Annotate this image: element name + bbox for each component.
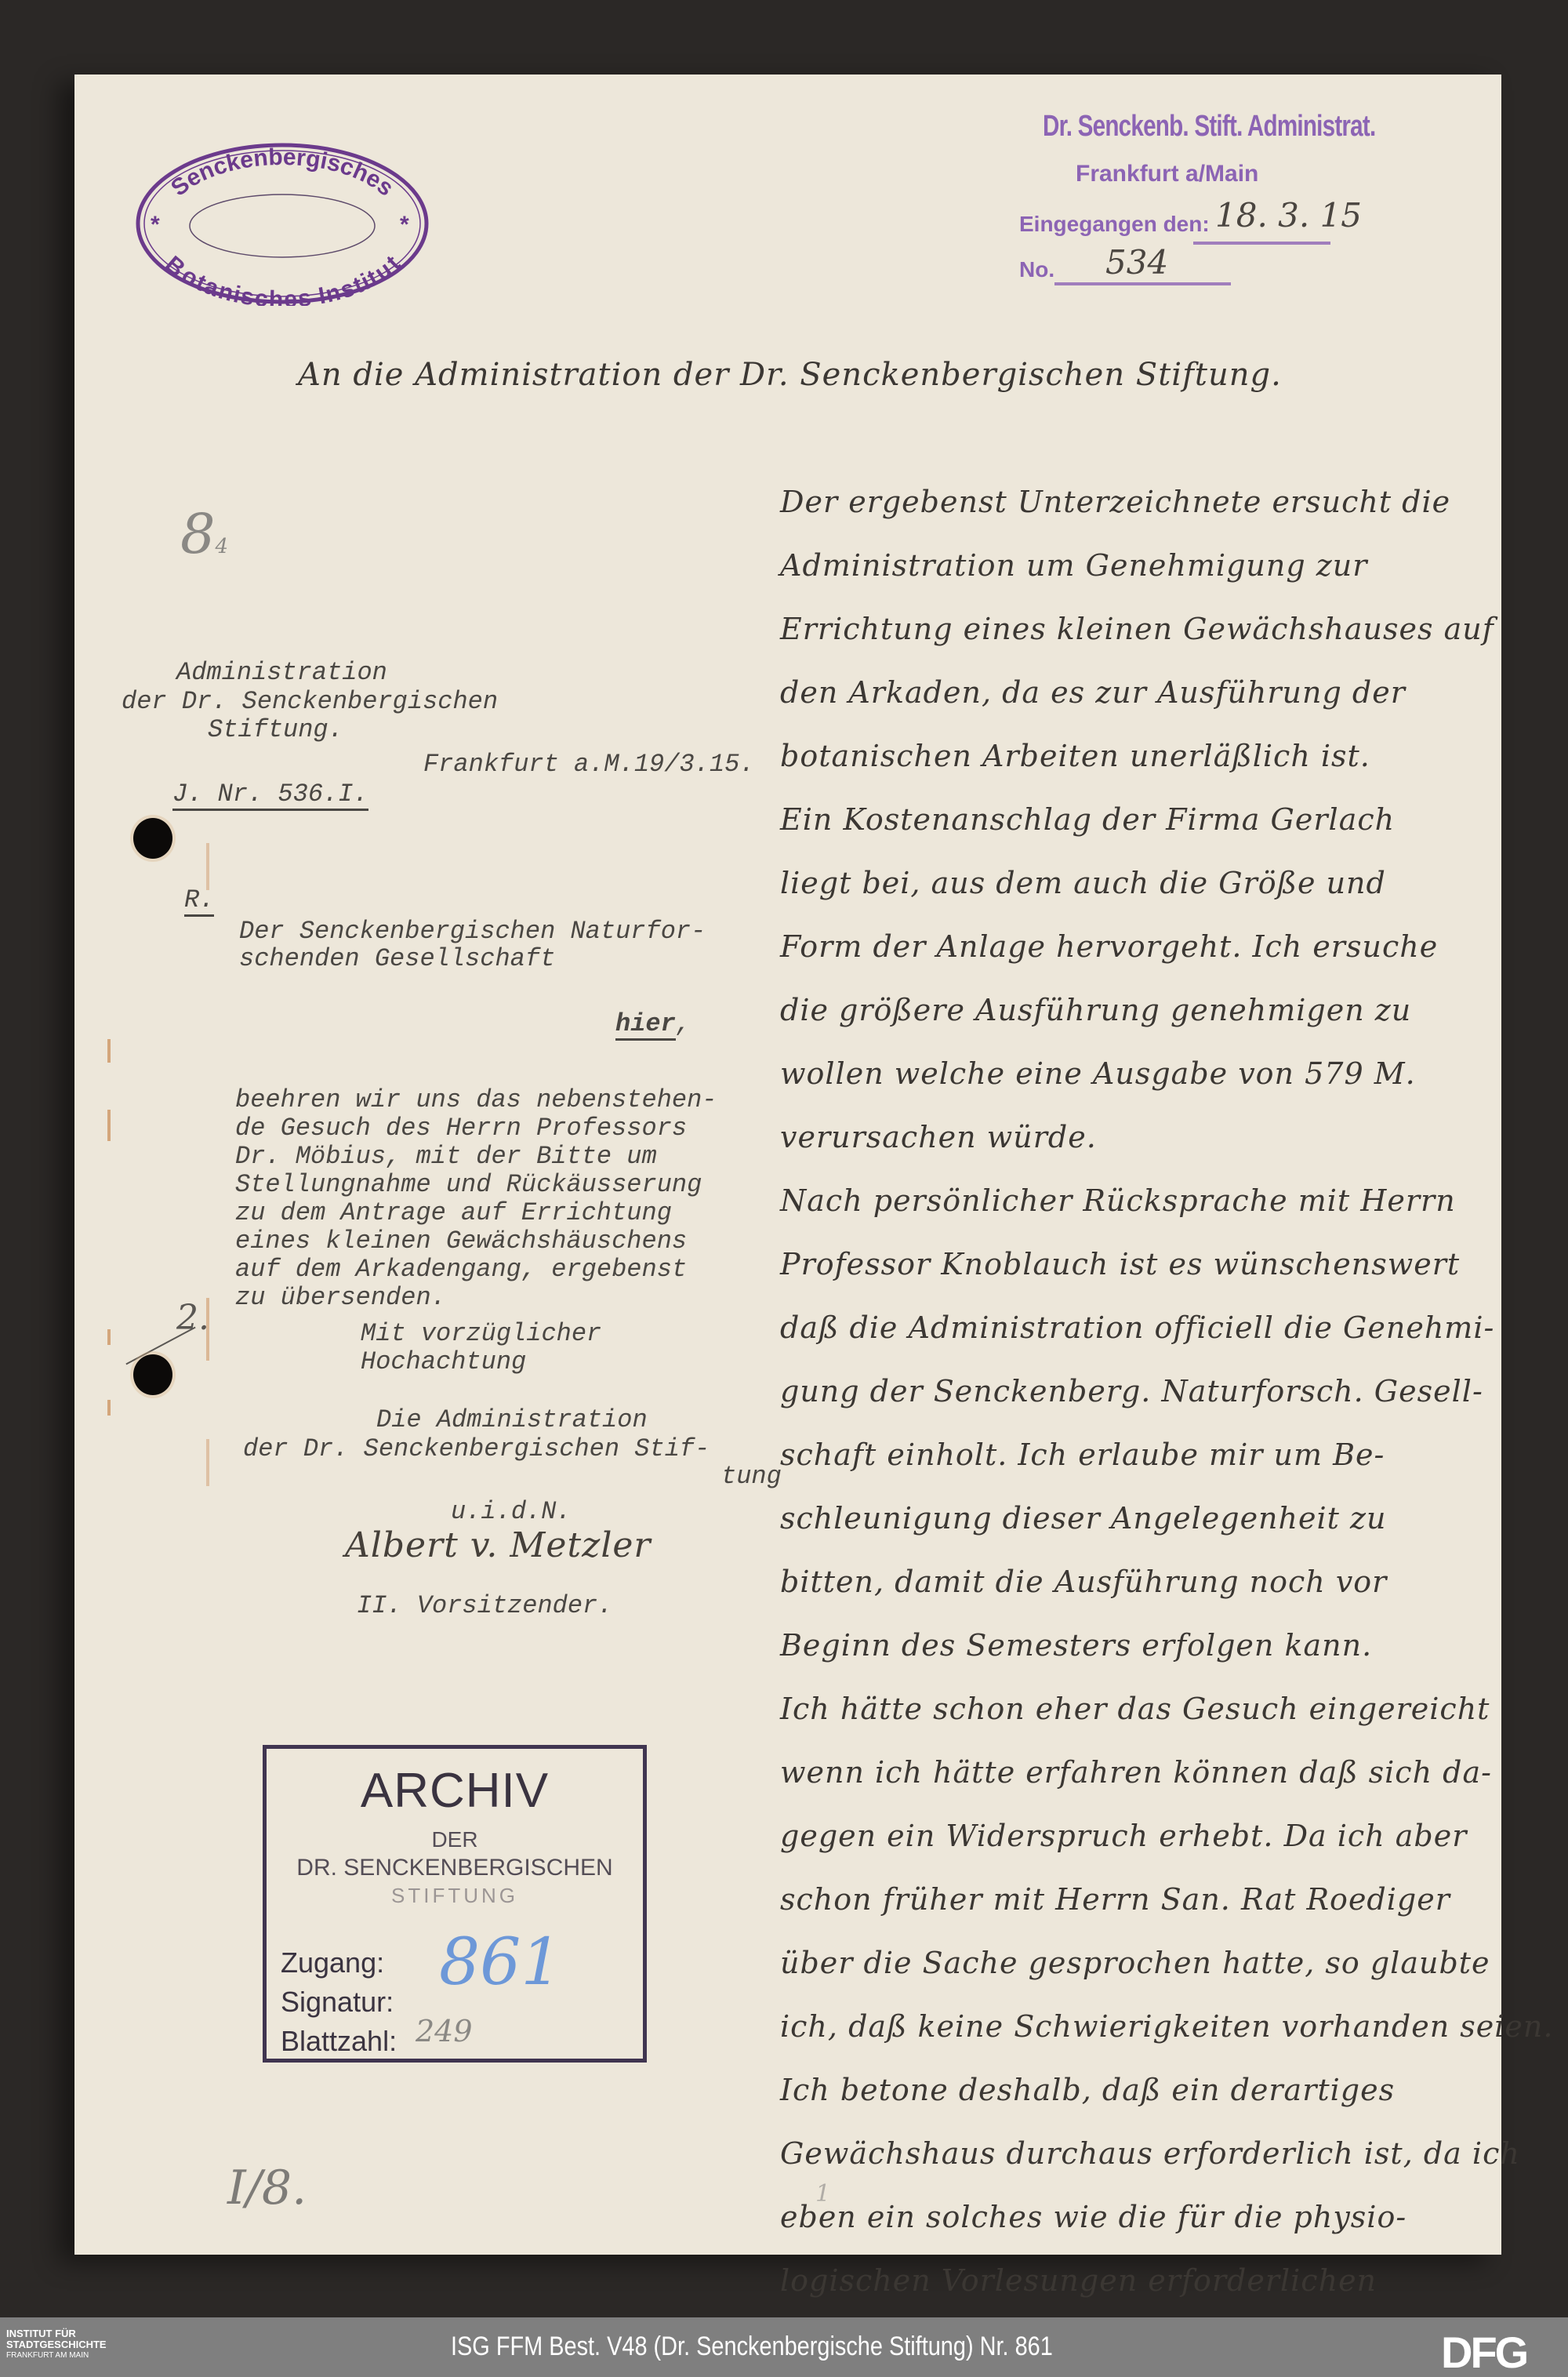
- margin-pencil-mark: 2.: [176, 1298, 209, 1338]
- hier-comma: ,: [676, 1009, 691, 1038]
- archive-institution: DR. SENCKENBERGISCHEN: [267, 1855, 643, 1881]
- receipt-stamp-line1: Dr. Senckenb. Stift. Administrat.: [1043, 110, 1375, 144]
- r-mark: R.: [184, 886, 214, 917]
- institute-line-2: STADTGESCHICHTE: [6, 2339, 107, 2350]
- rust-mark: [107, 1400, 111, 1416]
- signature-block-line-2: der Dr. Senckenbergischen Stif-: [243, 1435, 710, 1463]
- handwritten-line: schleunigung dieser Angelegenheit zu: [780, 1487, 1486, 1550]
- signature: Albert v. Metzler: [345, 1525, 651, 1565]
- handwritten-line: wenn ich hätte erfahren können daß sich …: [780, 1741, 1486, 1805]
- journal-number: J. Nr. 536.I.: [172, 780, 368, 811]
- archive-stiftung: STIFTUNG: [267, 1884, 643, 1908]
- typed-body-line: Dr. Möbius, mit der Bitte um: [235, 1143, 717, 1171]
- signature-block-line-3: tung: [721, 1463, 782, 1491]
- rust-mark: [206, 1298, 209, 1361]
- closing-line-2: Hochachtung: [361, 1348, 526, 1376]
- document-page: Senckenbergisches Botanisches Institut *…: [74, 75, 1501, 2255]
- handwritten-line: verursachen würde.: [780, 1106, 1486, 1169]
- oval-stamp-icon: Senckenbergisches Botanisches Institut *…: [133, 141, 431, 306]
- handwritten-heading: An die Administration der Dr. Senckenber…: [298, 357, 1282, 393]
- handwritten-line: eben ein solches wie die für die physio-: [780, 2186, 1486, 2249]
- sender-line-1: Administration: [176, 659, 387, 687]
- handwritten-line: Administration um Genehmigung zur: [780, 534, 1486, 598]
- pencil-folio: 84: [180, 502, 228, 566]
- handwritten-line: logischen Vorlesungen erforderlichen: [780, 2249, 1486, 2313]
- typed-body-line: Stellungnahme und Rückäusserung: [235, 1171, 717, 1199]
- received-label: Eingegangen den:: [1019, 212, 1210, 237]
- recipient-line-1: Der Senckenbergischen Naturfor-: [239, 918, 706, 946]
- archive-title: ARCHIV: [267, 1763, 643, 1819]
- signatur-value: 861: [439, 1925, 562, 2000]
- typed-body-line: beehren wir uns das nebenstehen-: [235, 1086, 717, 1114]
- uidn: u.i.d.N.: [451, 1498, 572, 1526]
- institute-line-1: INSTITUT FÜR: [6, 2328, 107, 2339]
- handwritten-line: Der ergebenst Unterzeichnete ersucht die: [780, 471, 1486, 534]
- receipt-stamp-line2: Frankfurt a/Main: [1076, 161, 1258, 187]
- rust-mark: [107, 1110, 111, 1141]
- typed-body-line: zu dem Antrage auf Errichtung: [235, 1199, 717, 1227]
- signatory-title: II. Vorsitzender.: [357, 1592, 612, 1620]
- handwritten-line: Errichtung eines kleinen Gewächshauses a…: [780, 598, 1486, 661]
- handwritten-line: den Arkaden, da es zur Ausführung der: [780, 661, 1486, 725]
- punch-hole: [133, 1354, 172, 1395]
- botanical-institute-stamp: Senckenbergisches Botanisches Institut *…: [133, 141, 431, 306]
- number-underline: [1054, 282, 1231, 285]
- handwritten-line: Ich hätte schon eher das Gesuch eingerei…: [780, 1677, 1486, 1741]
- handwritten-line: Nach persönlicher Rücksprache mit Herrn: [780, 1169, 1486, 1233]
- sender-line-3: Stiftung.: [208, 716, 343, 744]
- handwritten-line: die größere Ausführung genehmigen zu: [780, 979, 1486, 1042]
- place-date: Frankfurt a.M.19/3.15.: [423, 751, 754, 779]
- punch-hole: [133, 818, 172, 859]
- sender-line-2: der Dr. Senckenbergischen: [122, 688, 498, 716]
- typed-body-line: eines kleinen Gewächshäuschens: [235, 1227, 717, 1256]
- recipient-line-2: schenden Gesellschaft: [239, 945, 555, 973]
- handwritten-line: Ich betone deshalb, daß ein derartiges: [780, 2059, 1486, 2122]
- handwritten-line: bitten, damit die Ausführung noch vor: [780, 1550, 1486, 1614]
- handwritten-line: schon früher mit Herrn San. Rat Roediger: [780, 1868, 1486, 1932]
- receipt-number: 534: [1105, 243, 1168, 282]
- number-label: No.: [1019, 257, 1054, 282]
- handwritten-body: Der ergebenst Unterzeichnete ersucht die…: [780, 471, 1486, 2313]
- hier-line: hier,: [615, 1010, 691, 1038]
- archive-der: DER: [267, 1827, 643, 1852]
- dfg-logo: DFG: [1441, 2327, 1526, 2377]
- rust-mark: [206, 1439, 209, 1486]
- archive-stamp: ARCHIV DER DR. SENCKENBERGISCHEN STIFTUN…: [263, 1745, 647, 2063]
- blattzahl-value: 249: [416, 2014, 473, 2048]
- handwritten-line: ich, daß keine Schwierigkeiten vorhanden…: [780, 1995, 1486, 2059]
- hier-text: hier: [615, 1009, 676, 1041]
- blattzahl-label: Blattzahl:: [281, 2025, 397, 2058]
- svg-text:Senckenbergisches: Senckenbergisches: [166, 144, 398, 202]
- typed-body: beehren wir uns das nebenstehen- de Gesu…: [235, 1086, 717, 1312]
- svg-text:*: *: [151, 212, 160, 238]
- closing-line-1: Mit vorzüglicher: [361, 1320, 601, 1348]
- bottom-pencil-mark: I/8.: [227, 2161, 307, 2215]
- handwritten-line: liegt bei, aus dem auch die Größe und: [780, 852, 1486, 915]
- handwritten-line: Form der Anlage hervorgeht. Ich ersuche: [780, 915, 1486, 979]
- handwritten-line: wollen welche eine Ausgabe von 579 M.: [780, 1042, 1486, 1106]
- svg-text:*: *: [400, 212, 409, 238]
- handwritten-line: Gewächshaus durchaus erforderlich ist, d…: [780, 2122, 1486, 2186]
- rust-mark: [206, 843, 209, 890]
- signatur-label: Signatur:: [281, 1986, 394, 2019]
- folio-subnumber: 4: [216, 535, 229, 558]
- typed-body-line: zu übersenden.: [235, 1284, 717, 1312]
- typed-body-line: auf dem Arkadengang, ergebenst: [235, 1256, 717, 1284]
- receipt-stamp: Dr. Senckenb. Stift. Administrat. Frankf…: [1019, 110, 1458, 290]
- institute-line-3: FRANKFURT AM MAIN: [6, 2350, 107, 2361]
- received-date: 18. 3. 15: [1215, 196, 1362, 234]
- svg-text:Botanisches Institut: Botanisches Institut: [160, 251, 405, 306]
- tiny-pencil-mark: 1: [815, 2180, 830, 2208]
- handwritten-line: Beginn des Semesters erfolgen kann.: [780, 1614, 1486, 1677]
- handwritten-line: gung der Senckenberg. Naturforsch. Gesel…: [780, 1360, 1486, 1423]
- received-underline: [1193, 242, 1330, 245]
- handwritten-line: Ein Kostenanschlag der Firma Gerlach: [780, 788, 1486, 852]
- handwritten-line: Professor Knoblauch ist es wünschenswert: [780, 1233, 1486, 1296]
- handwritten-line: botanischen Arbeiten unerläßlich ist.: [780, 725, 1486, 788]
- handwritten-line: über die Sache gesprochen hatte, so glau…: [780, 1932, 1486, 1995]
- folio-number: 8: [180, 502, 216, 566]
- signature-block-line-1: Die Administration: [376, 1406, 648, 1434]
- rust-mark: [107, 1329, 111, 1345]
- handwritten-line: gegen ein Widerspruch erhebt. Da ich abe…: [780, 1805, 1486, 1868]
- handwritten-line: schaft einholt. Ich erlaube mir um Be-: [780, 1423, 1486, 1487]
- footer-bar: INSTITUT FÜR STADTGESCHICHTE FRANKFURT A…: [0, 2317, 1568, 2377]
- rust-mark: [107, 1039, 111, 1063]
- archive-caption: ISG FFM Best. V48 (Dr. Senckenbergische …: [451, 2332, 1053, 2362]
- institute-logo: INSTITUT FÜR STADTGESCHICHTE FRANKFURT A…: [6, 2328, 107, 2361]
- handwritten-line: daß die Administration officiell die Gen…: [780, 1296, 1486, 1360]
- typed-body-line: de Gesuch des Herrn Professors: [235, 1114, 717, 1143]
- zugang-label: Zugang:: [281, 1946, 384, 1979]
